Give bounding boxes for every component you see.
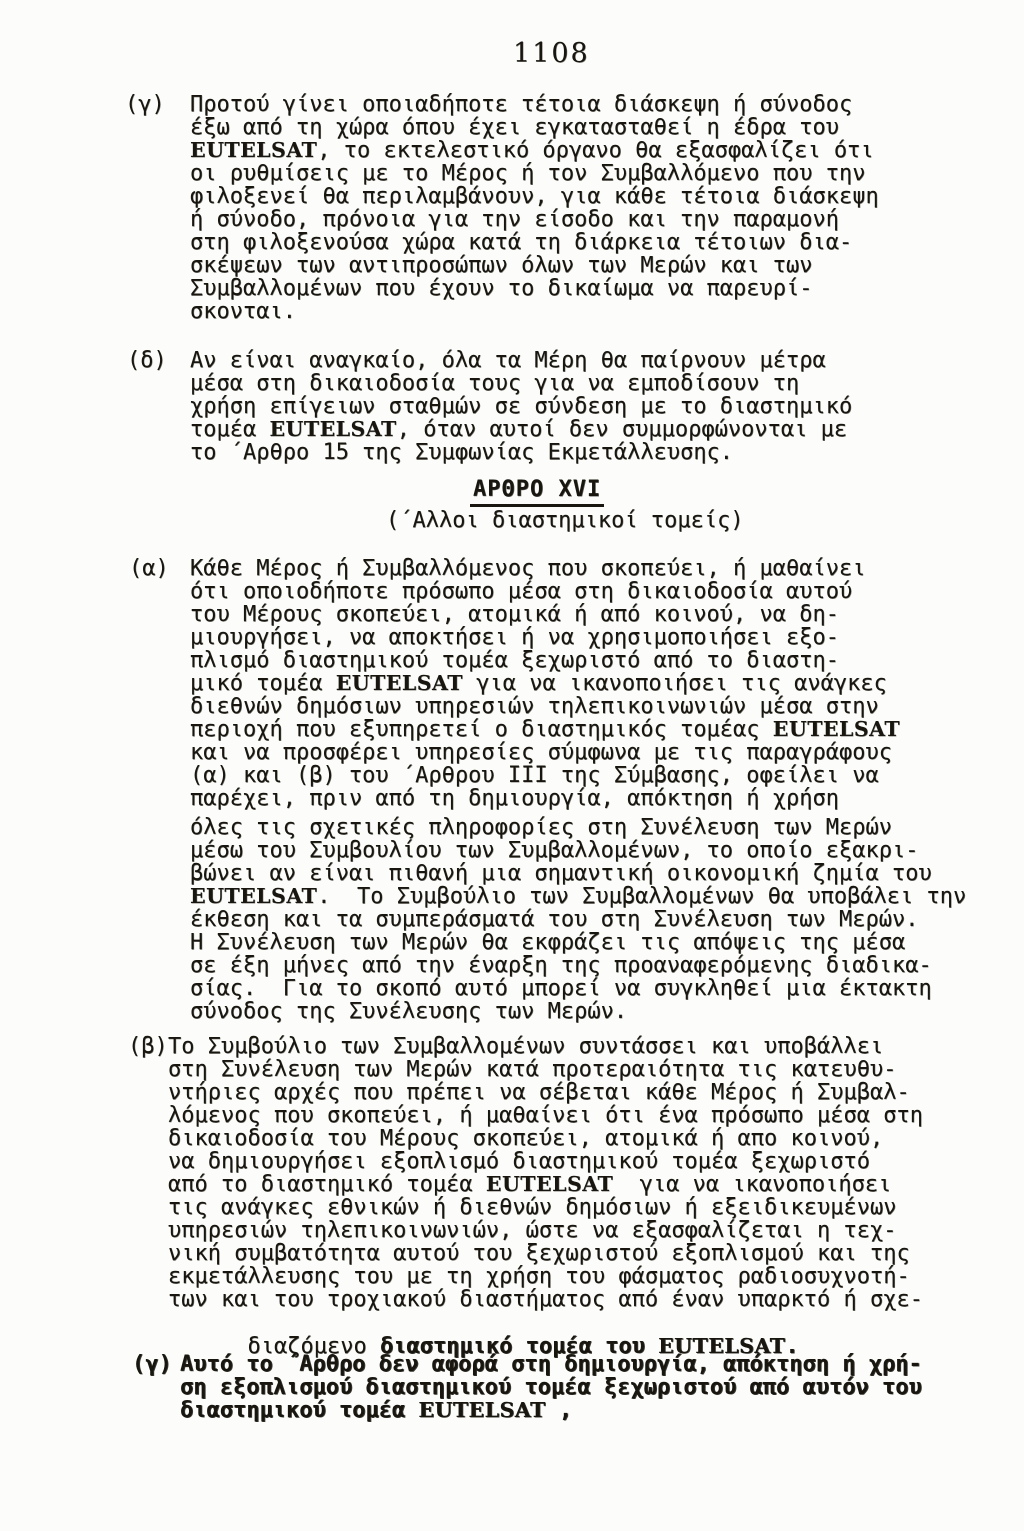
paragraph-label: (δ) (127, 349, 167, 372)
paragraph-text: Αυτό το ΄Αρθρο δεν αφορά στη δημιουργία,… (180, 1353, 990, 1422)
article-subtitle: (΄Αλλοι διαστημικοί τομείς) (386, 509, 744, 532)
article-heading: ΑΡΘΡΟ XVI (470, 479, 604, 507)
paragraph-text: Κάθε Μέρος ή Συμβαλλόμενος που σκοπεύει,… (190, 557, 1000, 810)
document-page: 1108 (γ) Προτού γίνει οποιαδήποτε τέτοια… (0, 0, 1024, 1531)
paragraph-label: (β) (128, 1035, 168, 1058)
paragraph-label: (α) (129, 557, 169, 580)
page-number: 1108 (513, 38, 590, 69)
paragraph-text: Το Συμβούλιο των Συμβαλλομένων συντάσσει… (168, 1035, 988, 1311)
paragraph-text: Αν είναι αναγκαίο, όλα τα Μέρη θα παίρνο… (190, 349, 990, 464)
paragraph-label: (γ) (125, 93, 165, 116)
paragraph-label: (γ) (132, 1353, 172, 1376)
paragraph-text: Προτού γίνει οποιαδήποτε τέτοια διάσκεψη… (190, 93, 990, 323)
paragraph-text: όλες τις σχετικές πληροφορίες στη Συνέλε… (190, 816, 1000, 1023)
